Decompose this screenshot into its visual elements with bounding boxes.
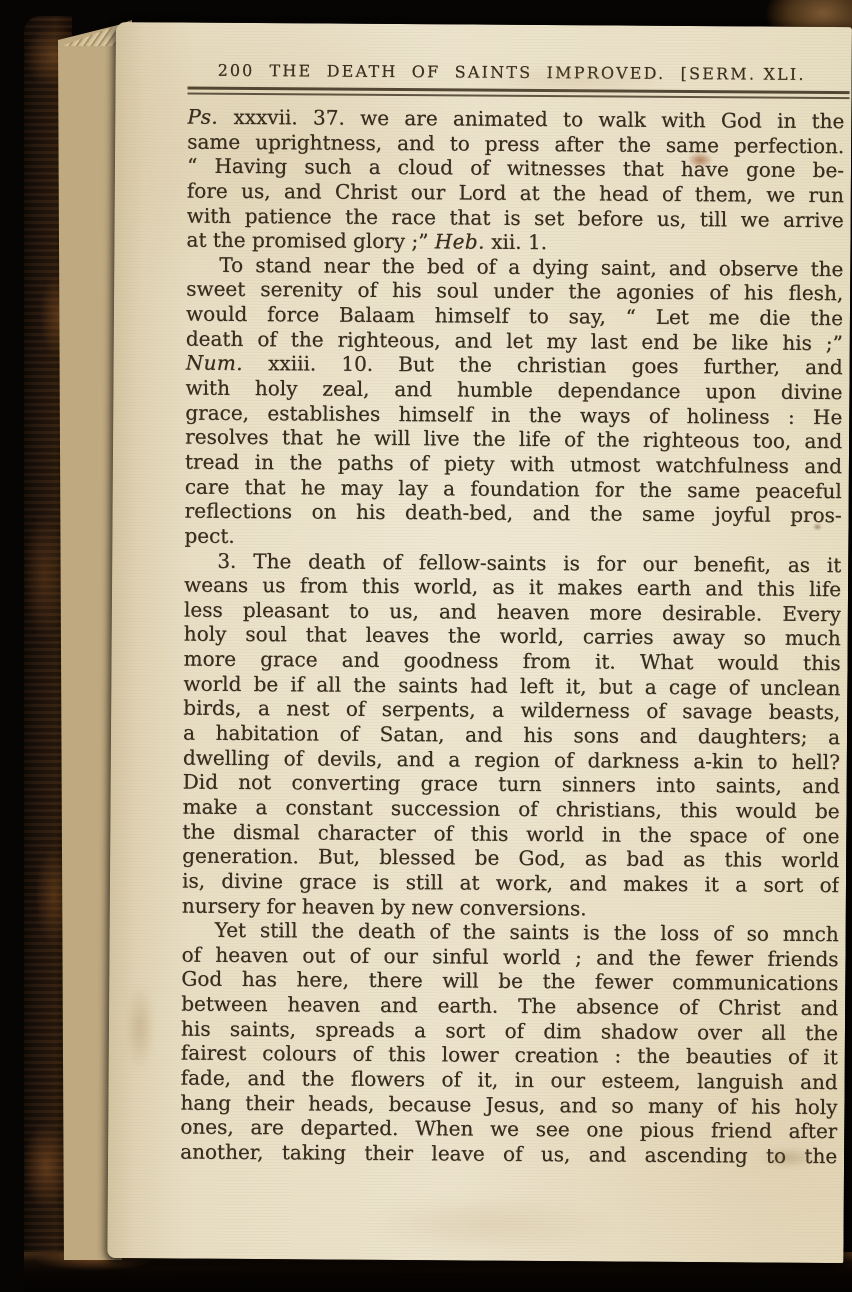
running-title: THE DEATH OF SAINTS IMPROVED. [254,61,680,83]
text-line: reflections on his death-bed, and the sa… [185,499,842,528]
page-number: 200 [218,61,255,80]
page-header: 200 THE DEATH OF SAINTS IMPROVED. [SERM.… [116,60,852,84]
text-line: another, taking their leave of us, and a… [180,1139,837,1168]
foot-discoloration [357,1194,617,1256]
photo-background: 200 THE DEATH OF SAINTS IMPROVED. [SERM.… [0,0,852,1292]
page-body-text: Ps. xxxvii. 37. we are animated to walk … [108,94,851,1169]
sermon-number-label: [SERM. XLI. [680,64,805,84]
book-page: 200 THE DEATH OF SAINTS IMPROVED. [SERM.… [107,22,852,1263]
